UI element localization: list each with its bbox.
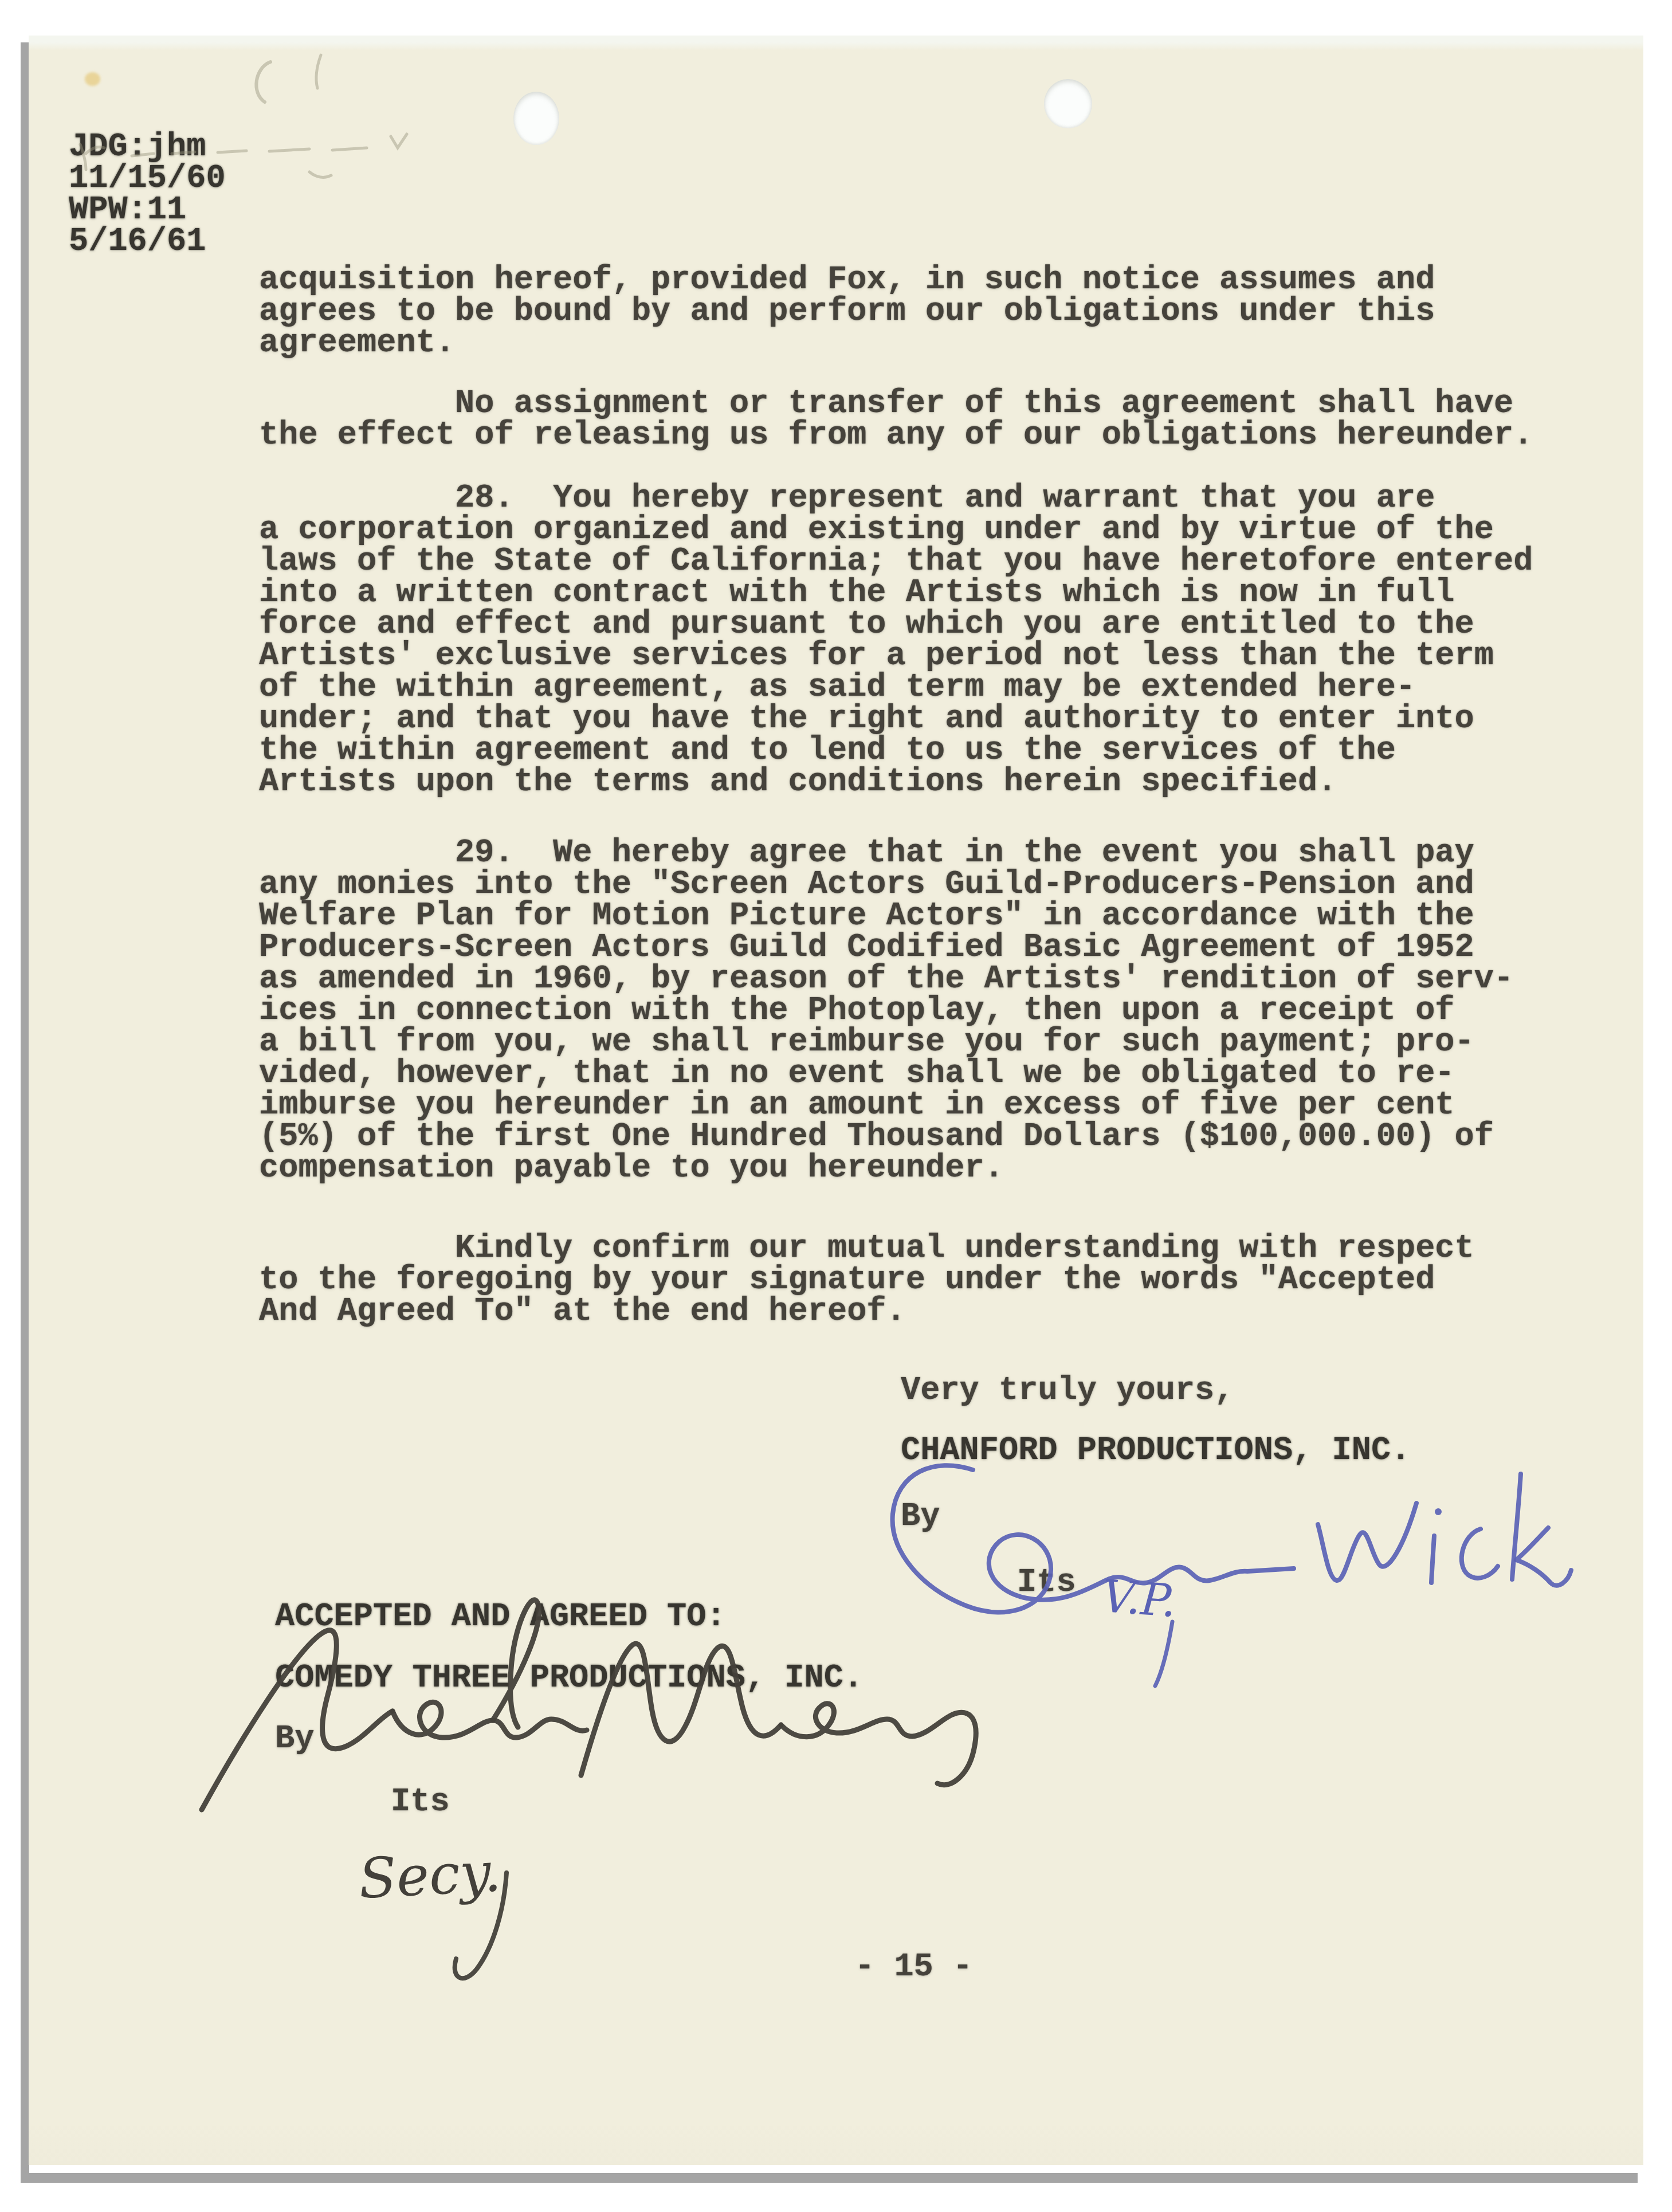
accepted-heading: ACCEPTED AND AGREED TO: bbox=[275, 1602, 726, 1633]
valediction: Very truly yours, bbox=[901, 1375, 1234, 1407]
paper-stain bbox=[85, 72, 100, 86]
paper-shadow-bottom bbox=[21, 2173, 1638, 2183]
paragraph-clause-28: 28. You hereby represent and warrant tha… bbox=[259, 483, 1533, 798]
paragraph-clause-29: 29. We hereby agree that in the event yo… bbox=[259, 838, 1513, 1185]
punch-hole-right bbox=[1044, 79, 1092, 128]
scanned-document: JDG:jhm 11/15/60 WPW:11 5/16/61 acquisit… bbox=[0, 0, 1672, 2212]
comedy-three-company-name: COMEDY THREE PRODUCTIONS, INC. bbox=[275, 1663, 863, 1695]
comedy-by-label: By bbox=[275, 1724, 314, 1755]
paper-shadow-left bbox=[21, 42, 29, 2179]
paragraph-closing-request: Kindly confirm our mutual understanding … bbox=[259, 1233, 1474, 1328]
page-number: - 15 - bbox=[855, 1952, 972, 1983]
paragraph-continuation: acquisition hereof, provided Fox, in suc… bbox=[259, 265, 1435, 359]
paragraph-no-assignment: No assignment or transfer of this agreem… bbox=[259, 389, 1533, 452]
chanford-its-label: Its bbox=[1017, 1567, 1076, 1599]
punch-hole-left bbox=[513, 92, 559, 145]
chanford-by-label: By bbox=[901, 1501, 940, 1533]
chanford-company-name: CHANFORD PRODUCTIONS, INC. bbox=[901, 1436, 1410, 1467]
reference-block: JDG:jhm 11/15/60 WPW:11 5/16/61 bbox=[69, 132, 226, 258]
comedy-its-label: Its bbox=[391, 1787, 450, 1818]
